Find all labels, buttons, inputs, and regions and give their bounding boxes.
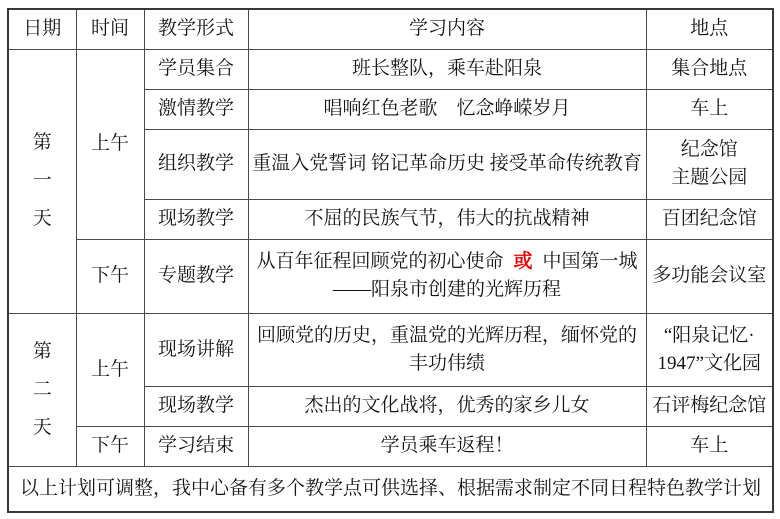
table-row: 下午 专题教学 从百年征程回顾党的初心使命或中国第一城——阳泉市创建的光辉历程 … (8, 239, 773, 313)
location-line-1: 纪念馆 (649, 136, 771, 164)
form-cell: 现场教学 (144, 199, 248, 239)
header-location: 地点 (646, 9, 773, 49)
content-cell: 唱响红色老歌 忆念峥嵘岁月 (248, 89, 646, 129)
header-form: 教学形式 (144, 9, 248, 49)
location-cell: 车上 (646, 89, 773, 129)
footer-note: 以上计划可调整，我中心备有多个教学点可供选择、根据需求制定不同日程特色教学计划 (8, 466, 773, 512)
time-day1-am: 上午 (76, 49, 144, 239)
header-row: 日期 时间 教学形式 学习内容 地点 (8, 9, 773, 49)
location-cell: 石评梅纪念馆 (646, 386, 773, 426)
time-day2-pm: 下午 (76, 426, 144, 466)
day-1-cell: 第一天 (8, 49, 76, 313)
schedule-document: 日期 时间 教学形式 学习内容 地点 第一天 上午 学员集合 班长整队，乘车赴阳… (0, 0, 780, 519)
form-cell: 学员集合 (144, 49, 248, 89)
day-1-label: 第一天 (32, 124, 53, 238)
day-2-label: 第二天 (32, 333, 53, 447)
table-row: 第一天 上午 学员集合 班长整队，乘车赴阳泉 集合地点 (8, 49, 773, 89)
time-day1-pm: 下午 (76, 239, 144, 313)
content-cell: 班长整队，乘车赴阳泉 (248, 49, 646, 89)
header-date: 日期 (8, 9, 76, 49)
location-line-2: 主题公园 (649, 164, 771, 192)
content-cell: 杰出的文化战将，优秀的家乡儿女 (248, 386, 646, 426)
form-cell: 激情教学 (144, 89, 248, 129)
content-cell: 不屈的民族气节，伟大的抗战精神 (248, 199, 646, 239)
location-cell: 百团纪念馆 (646, 199, 773, 239)
content-cell: 重温入党誓词 铭记革命历史 接受革命传统教育 (248, 129, 646, 199)
form-cell: 现场教学 (144, 386, 248, 426)
day-2-cell: 第二天 (8, 313, 76, 466)
location-cell: 集合地点 (646, 49, 773, 89)
location-line-2: 1947”文化园 (649, 350, 771, 378)
table-row: 第二天 上午 现场讲解 回顾党的历史，重温党的光辉历程，缅怀党的丰功伟绩 “阳泉… (8, 313, 773, 386)
location-cell: 多功能会议室 (646, 239, 773, 313)
location-cell: “阳泉记忆· 1947”文化园 (646, 313, 773, 386)
form-cell: 现场讲解 (144, 313, 248, 386)
location-cell: 纪念馆 主题公园 (646, 129, 773, 199)
content-text-pre: 从百年征程回顾党的初心使命 (256, 251, 503, 272)
form-cell: 组织教学 (144, 129, 248, 199)
header-content: 学习内容 (248, 9, 646, 49)
header-time: 时间 (76, 9, 144, 49)
time-day2-am: 上午 (76, 313, 144, 426)
content-cell: 回顾党的历史，重温党的光辉历程，缅怀党的丰功伟绩 (248, 313, 646, 386)
highlight-or-text: 或 (513, 251, 532, 272)
form-cell: 专题教学 (144, 239, 248, 313)
footer-row: 以上计划可调整，我中心备有多个教学点可供选择、根据需求制定不同日程特色教学计划 (8, 466, 773, 512)
location-line-1: “阳泉记忆· (649, 322, 771, 350)
table-row: 下午 学习结束 学员乘车返程！ 车上 (8, 426, 773, 466)
content-cell: 学员乘车返程！ (248, 426, 646, 466)
teaching-schedule-table: 日期 时间 教学形式 学习内容 地点 第一天 上午 学员集合 班长整队，乘车赴阳… (7, 8, 774, 513)
form-cell: 学习结束 (144, 426, 248, 466)
location-cell: 车上 (646, 426, 773, 466)
content-cell: 从百年征程回顾党的初心使命或中国第一城——阳泉市创建的光辉历程 (248, 239, 646, 313)
